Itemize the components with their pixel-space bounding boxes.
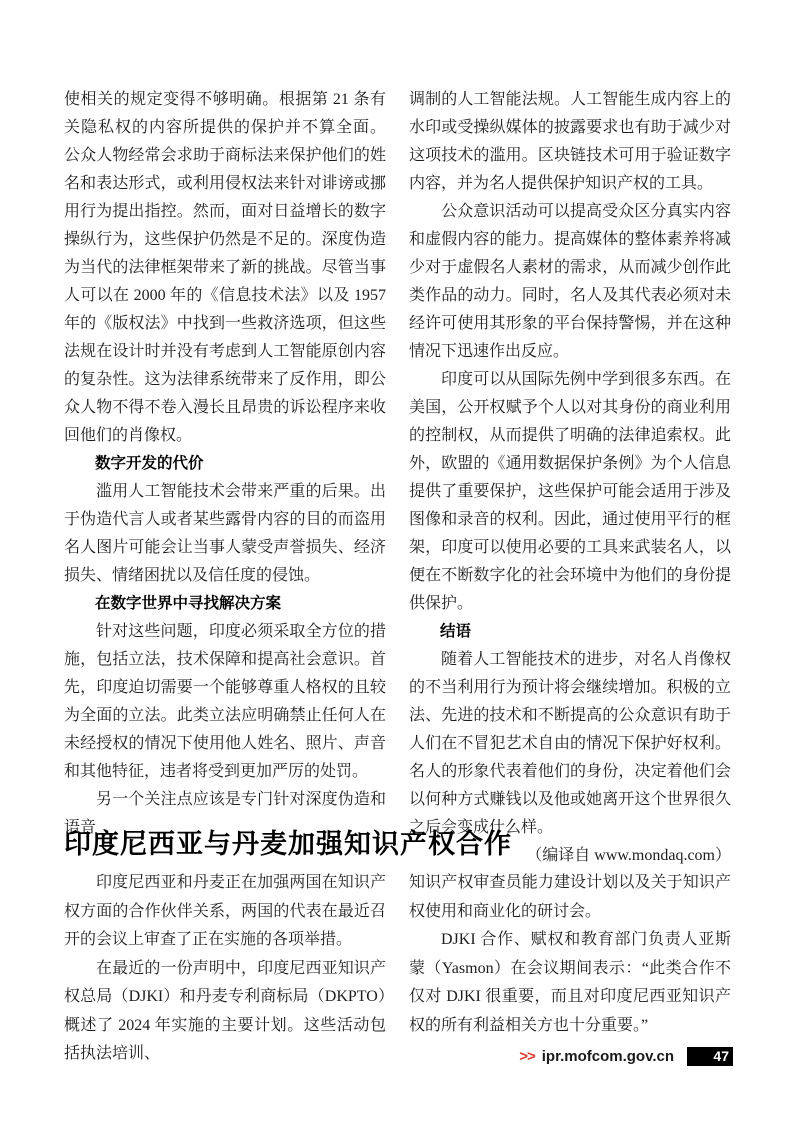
paragraph: 随着人工智能技术的进步，对名人肖像权的不当利用行为预计将会继续增加。积极的立法、…: [409, 646, 731, 842]
article2-right-column: 知识产权审查员能力建设计划以及关于知识产权使用和商业化的研讨会。 DJKI 合作…: [409, 869, 731, 1069]
article2-title: 印度尼西亚与丹麦加强知识产权合作: [64, 822, 512, 861]
page-number-badge: 47: [687, 1047, 733, 1066]
paragraph: DJKI 合作、赋权和教育部门负责人亚斯蒙（Yasmon）在会议期间表示：“此类…: [409, 926, 731, 1040]
double-chevron-icon: >>: [519, 1048, 535, 1065]
article1-left-column: 使相关的规定变得不够明确。根据第 21 条有关隐私权的内容所提供的保护并不算全面…: [64, 86, 386, 870]
paragraph: 在最近的一份声明中，印度尼西亚知识产权总局（DJKI）和丹麦专利商标局（DKPT…: [64, 955, 386, 1069]
paragraph: 滥用人工智能技术会带来严重的后果。出于伪造代言人或者某些露骨内容的目的而盗用名人…: [64, 478, 386, 590]
paragraph: 针对这些问题，印度必须采取全方位的措施，包括立法，技术保障和提高社会意识。首先，…: [64, 618, 386, 786]
article1-right-column: 调制的人工智能法规。人工智能生成内容上的水印或受操纵媒体的披露要求也有助于减少对…: [409, 86, 731, 870]
page-footer: >> ipr.mofcom.gov.cn 47: [519, 1047, 733, 1066]
article2-left-column: 印度尼西亚和丹麦正在加强两国在知识产权方面的合作伙伴关系，两国的代表在最近召开的…: [64, 869, 386, 1069]
paragraph: 使相关的规定变得不够明确。根据第 21 条有关隐私权的内容所提供的保护并不算全面…: [64, 86, 386, 450]
subheading-digital-world-solutions: 在数字世界中寻找解决方案: [64, 590, 386, 618]
article-ai-celebrity-rights: 使相关的规定变得不够明确。根据第 21 条有关隐私权的内容所提供的保护并不算全面…: [64, 86, 731, 870]
subheading-conclusion: 结语: [409, 618, 731, 646]
paragraph: 印度尼西亚和丹麦正在加强两国在知识产权方面的合作伙伴关系，两国的代表在最近召开的…: [64, 869, 386, 955]
paragraph: 公众意识活动可以提高受众区分真实内容和虚假内容的能力。提高媒体的整体素养将减少对…: [409, 198, 731, 366]
footer-website-url: ipr.mofcom.gov.cn: [542, 1048, 674, 1065]
paragraph: 调制的人工智能法规。人工智能生成内容上的水印或受操纵媒体的披露要求也有助于减少对…: [409, 86, 731, 198]
paragraph: 知识产权审查员能力建设计划以及关于知识产权使用和商业化的研讨会。: [409, 869, 731, 926]
paragraph: 印度可以从国际先例中学到很多东西。在美国，公开权赋予个人以对其身份的商业利用的控…: [409, 366, 731, 618]
subheading-digital-exploitation-cost: 数字开发的代价: [64, 450, 386, 478]
magazine-page: 使相关的规定变得不够明确。根据第 21 条有关隐私权的内容所提供的保护并不算全面…: [0, 0, 794, 1123]
article-indonesia-denmark-cooperation: 印度尼西亚和丹麦正在加强两国在知识产权方面的合作伙伴关系，两国的代表在最近召开的…: [64, 869, 731, 1069]
